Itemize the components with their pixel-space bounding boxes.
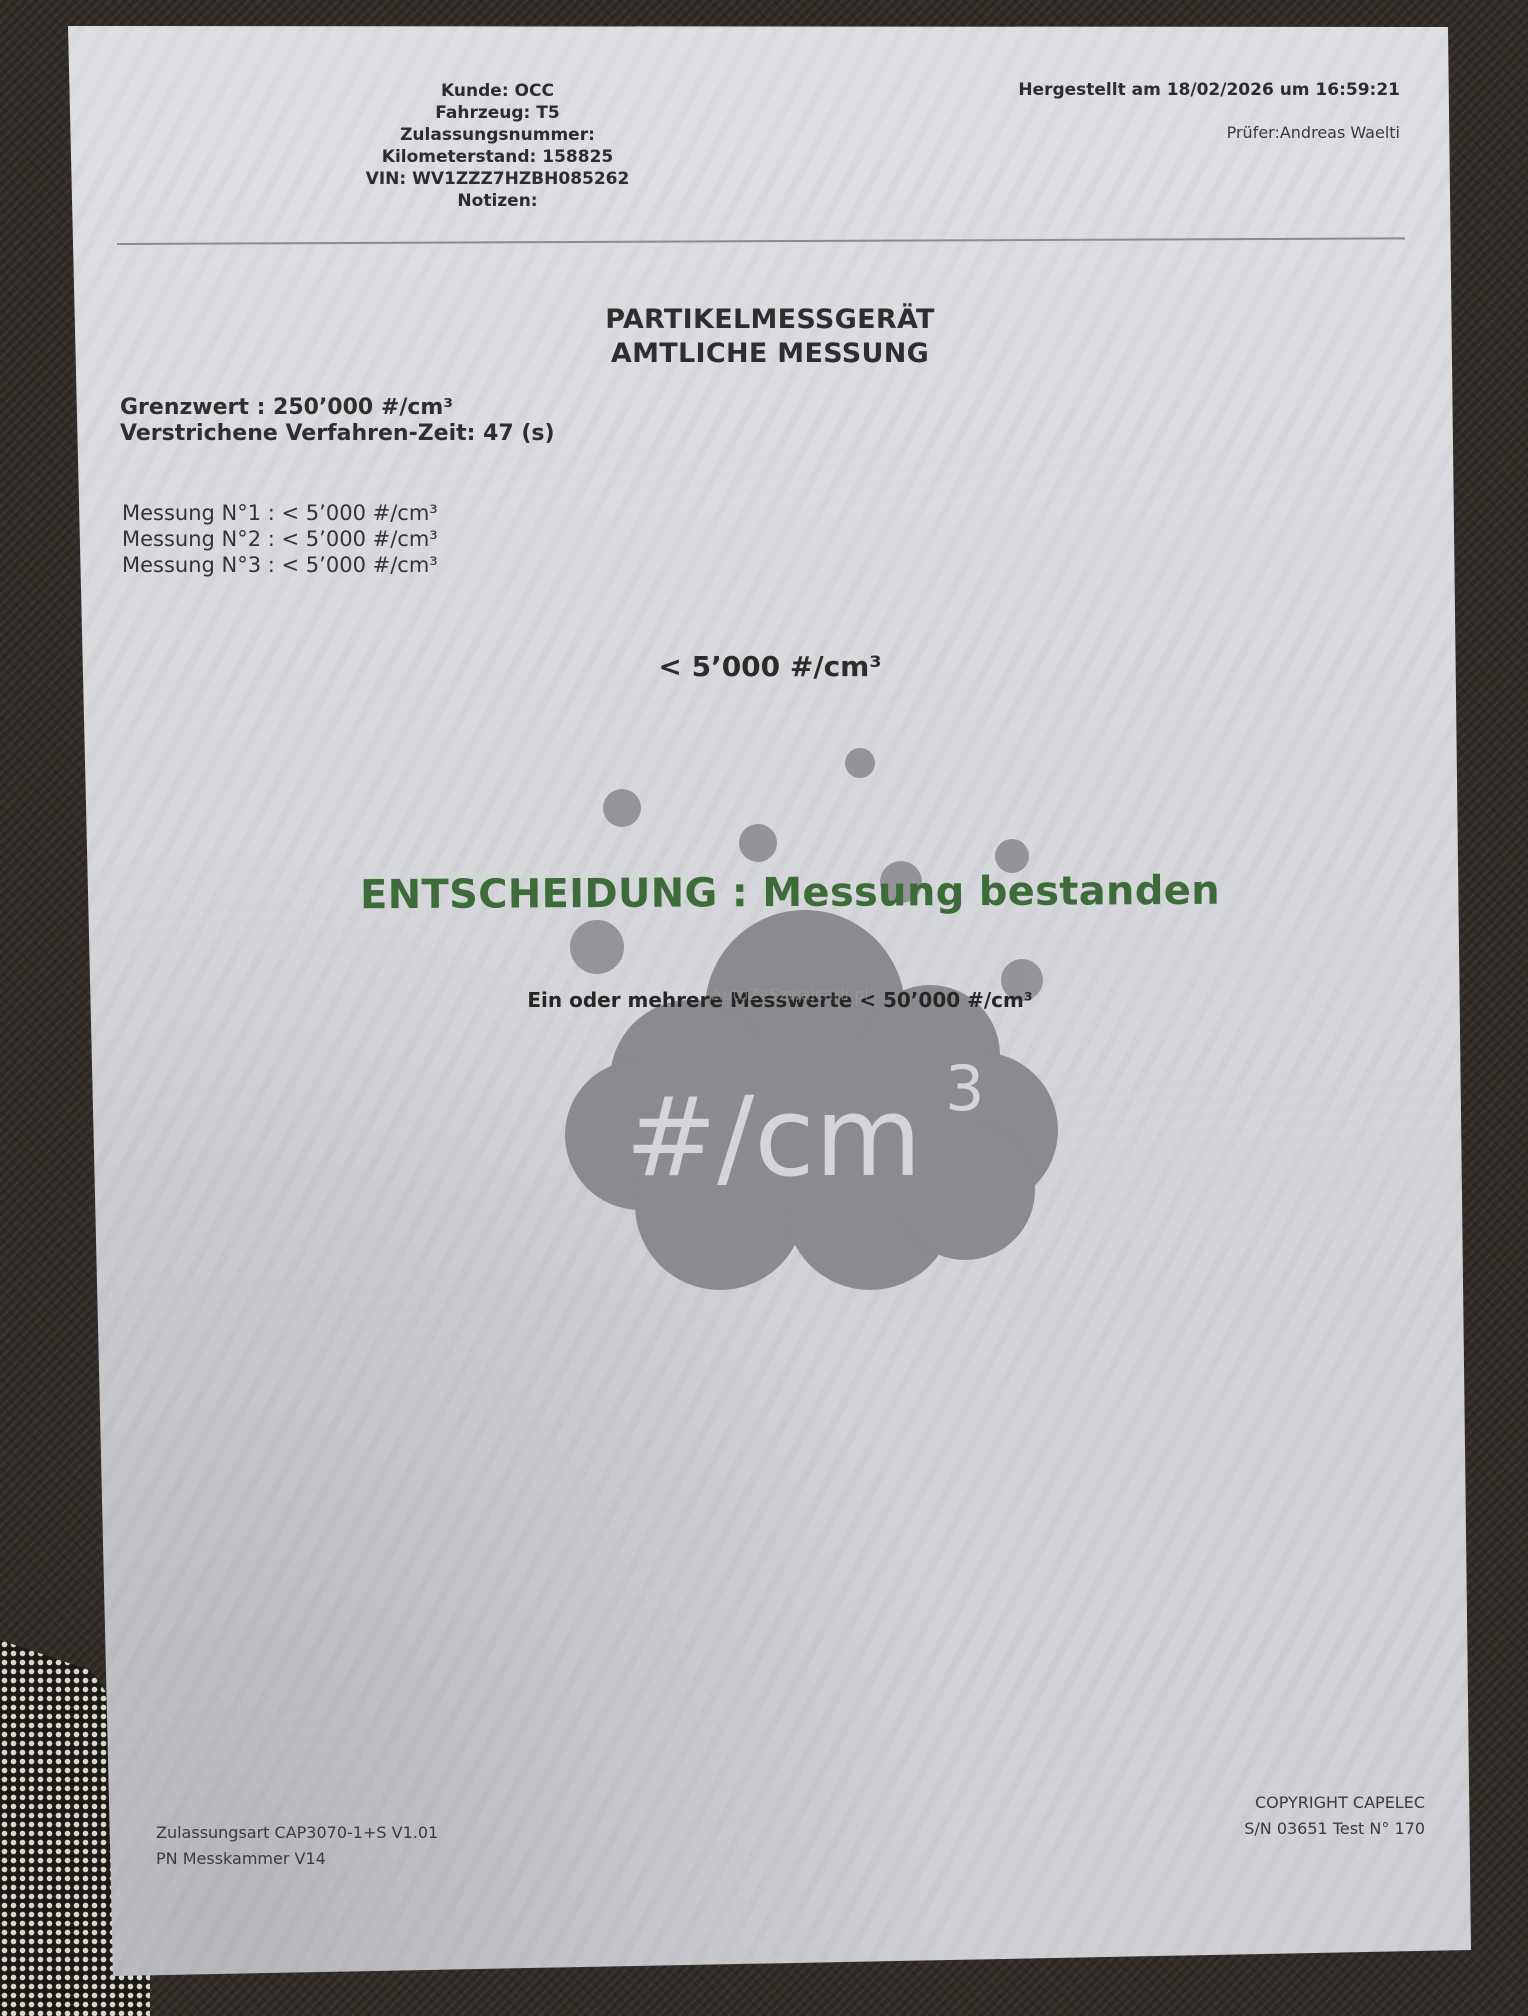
customer-line: Kunde: OCC: [330, 80, 665, 102]
report-title: PARTIKELMESSGERÄT AMTLICHE MESSUNG: [560, 303, 980, 371]
vehicle-info-block: Kunde: OCC Fahrzeug: T5 Zulassungsnummer…: [330, 80, 665, 212]
measurement-chamber: PN Messkammer V14: [156, 1846, 438, 1872]
measurements-list: Messung N°1 : < 5’000 #/cm³ Messung N°2 …: [122, 500, 438, 578]
result-value: < 5’000 #/cm³: [560, 650, 980, 683]
inspector-name: Prüfer:Andreas Waelti: [1100, 123, 1400, 142]
vin-line: VIN: WV1ZZZ7HZBH085262: [330, 168, 665, 190]
copyright: COPYRIGHT CAPELEC: [1180, 1790, 1425, 1816]
particle-cloud-icon: #/cm 3: [540, 740, 1100, 1300]
footer-device-info: COPYRIGHT CAPELEC S/N 03651 Test N° 170: [1180, 1790, 1425, 1842]
vehicle-line: Fahrzeug: T5: [330, 102, 665, 124]
limit-value: Grenzwert : 250’000 #/cm³: [120, 395, 555, 421]
registration-line: Zulassungsnummer:: [330, 124, 665, 146]
footer-approval-info: Zulassungsart CAP3070-1+S V1.01 PN Messk…: [156, 1820, 438, 1872]
mileage-line: Kilometerstand: 158825: [330, 146, 665, 168]
notes-line: Notizen:: [330, 190, 665, 212]
measurement-item: Messung N°3 : < 5’000 #/cm³: [122, 552, 438, 578]
limits-block: Grenzwert : 250’000 #/cm³ Verstrichene V…: [120, 395, 555, 447]
measurement-item: Messung N°1 : < 5’000 #/cm³: [122, 500, 438, 526]
elapsed-time: Verstrichene Verfahren-Zeit: 47 (s): [120, 421, 555, 447]
approval-type: Zulassungsart CAP3070-1+S V1.01: [156, 1820, 438, 1846]
serial-number: S/N 03651 Test N° 170: [1180, 1816, 1425, 1842]
graphic-unit-superscript: 3: [945, 1052, 984, 1125]
watermark: AutoZeSzwajcarii.pl: [680, 985, 900, 1004]
created-timestamp: Hergestellt am 18/02/2026 um 16:59:21: [1010, 80, 1400, 100]
graphic-unit-label: #/cm: [625, 1073, 922, 1201]
title-line-2: AMTLICHE MESSUNG: [560, 337, 980, 371]
decision-text: ENTSCHEIDUNG : Messung bestanden: [340, 868, 1240, 919]
title-line-1: PARTIKELMESSGERÄT: [560, 303, 980, 337]
measurement-item: Messung N°2 : < 5’000 #/cm³: [122, 526, 438, 552]
